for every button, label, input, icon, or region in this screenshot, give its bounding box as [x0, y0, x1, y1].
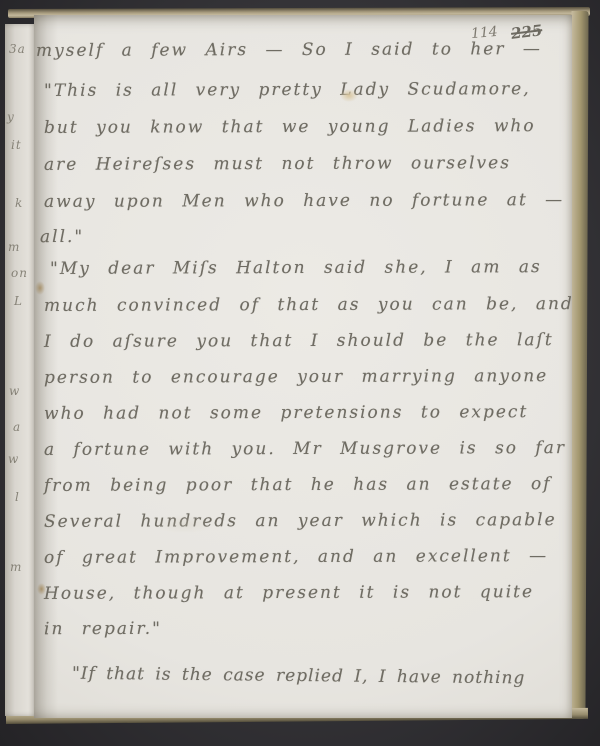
gutter-ink-fragment: on — [11, 266, 28, 280]
manuscript-page: 114 225 myself a few Airs — So I said to… — [34, 15, 572, 718]
gutter-ink-fragment: it — [11, 138, 22, 152]
scan-background: 3a y it k m on L w a w l m 114 225 mysel… — [0, 0, 600, 746]
manuscript-line: "This is all very pretty Lady Scudamore, — [44, 79, 531, 101]
gutter-ink-fragment: k — [15, 196, 23, 210]
manuscript-line: are Heireſses must not throw ourselves — [44, 153, 511, 175]
manuscript-line: much convinced of that as you can be, an… — [44, 294, 572, 316]
manuscript-line: in repair." — [44, 619, 162, 639]
gutter-ink-fragment: l — [15, 490, 20, 504]
manuscript-line: but you know that we young Ladies who — [44, 116, 536, 138]
manuscript-line: Several hundreds an year which is capabl… — [44, 510, 557, 532]
gutter-ink-fragment: a — [13, 420, 21, 434]
gutter-ink-fragment: L — [14, 294, 23, 308]
paper-stain — [35, 281, 45, 295]
manuscript-line: all." — [40, 227, 84, 247]
manuscript-line: myself a few Airs — So I said to her — — [36, 39, 542, 61]
manuscript-line: of great Improvement, and an excellent — — [44, 546, 548, 568]
gutter-ink-fragment: w — [8, 452, 19, 466]
manuscript-line: House, though at present it is not quite — [44, 582, 534, 604]
manuscript-line: person to encourage your marrying anyone — [44, 366, 548, 388]
manuscript-line: I do aſsure you that I should be the laſ… — [44, 330, 554, 352]
manuscript-line: who had not some pretensions to expect — [44, 402, 528, 424]
gutter-ink-fragment: m — [8, 240, 20, 254]
manuscript-line: away upon Men who have no fortune at — — [44, 190, 564, 212]
gutter-ink-fragment: 3a — [9, 42, 26, 56]
gutter-ink-fragment: y — [7, 110, 15, 124]
manuscript-line: from being poor that he has an estate of — [44, 474, 552, 496]
manuscript-line: "My dear Miſs Halton said she, I am as — [50, 257, 542, 279]
manuscript-line: "If that is the case replied I, I have n… — [72, 664, 526, 689]
manuscript-line: a fortune with you. Mr Musgrove is so fa… — [44, 438, 566, 460]
gutter-ink-fragment: m — [10, 560, 22, 574]
gutter-ink-fragment: w — [9, 384, 20, 398]
